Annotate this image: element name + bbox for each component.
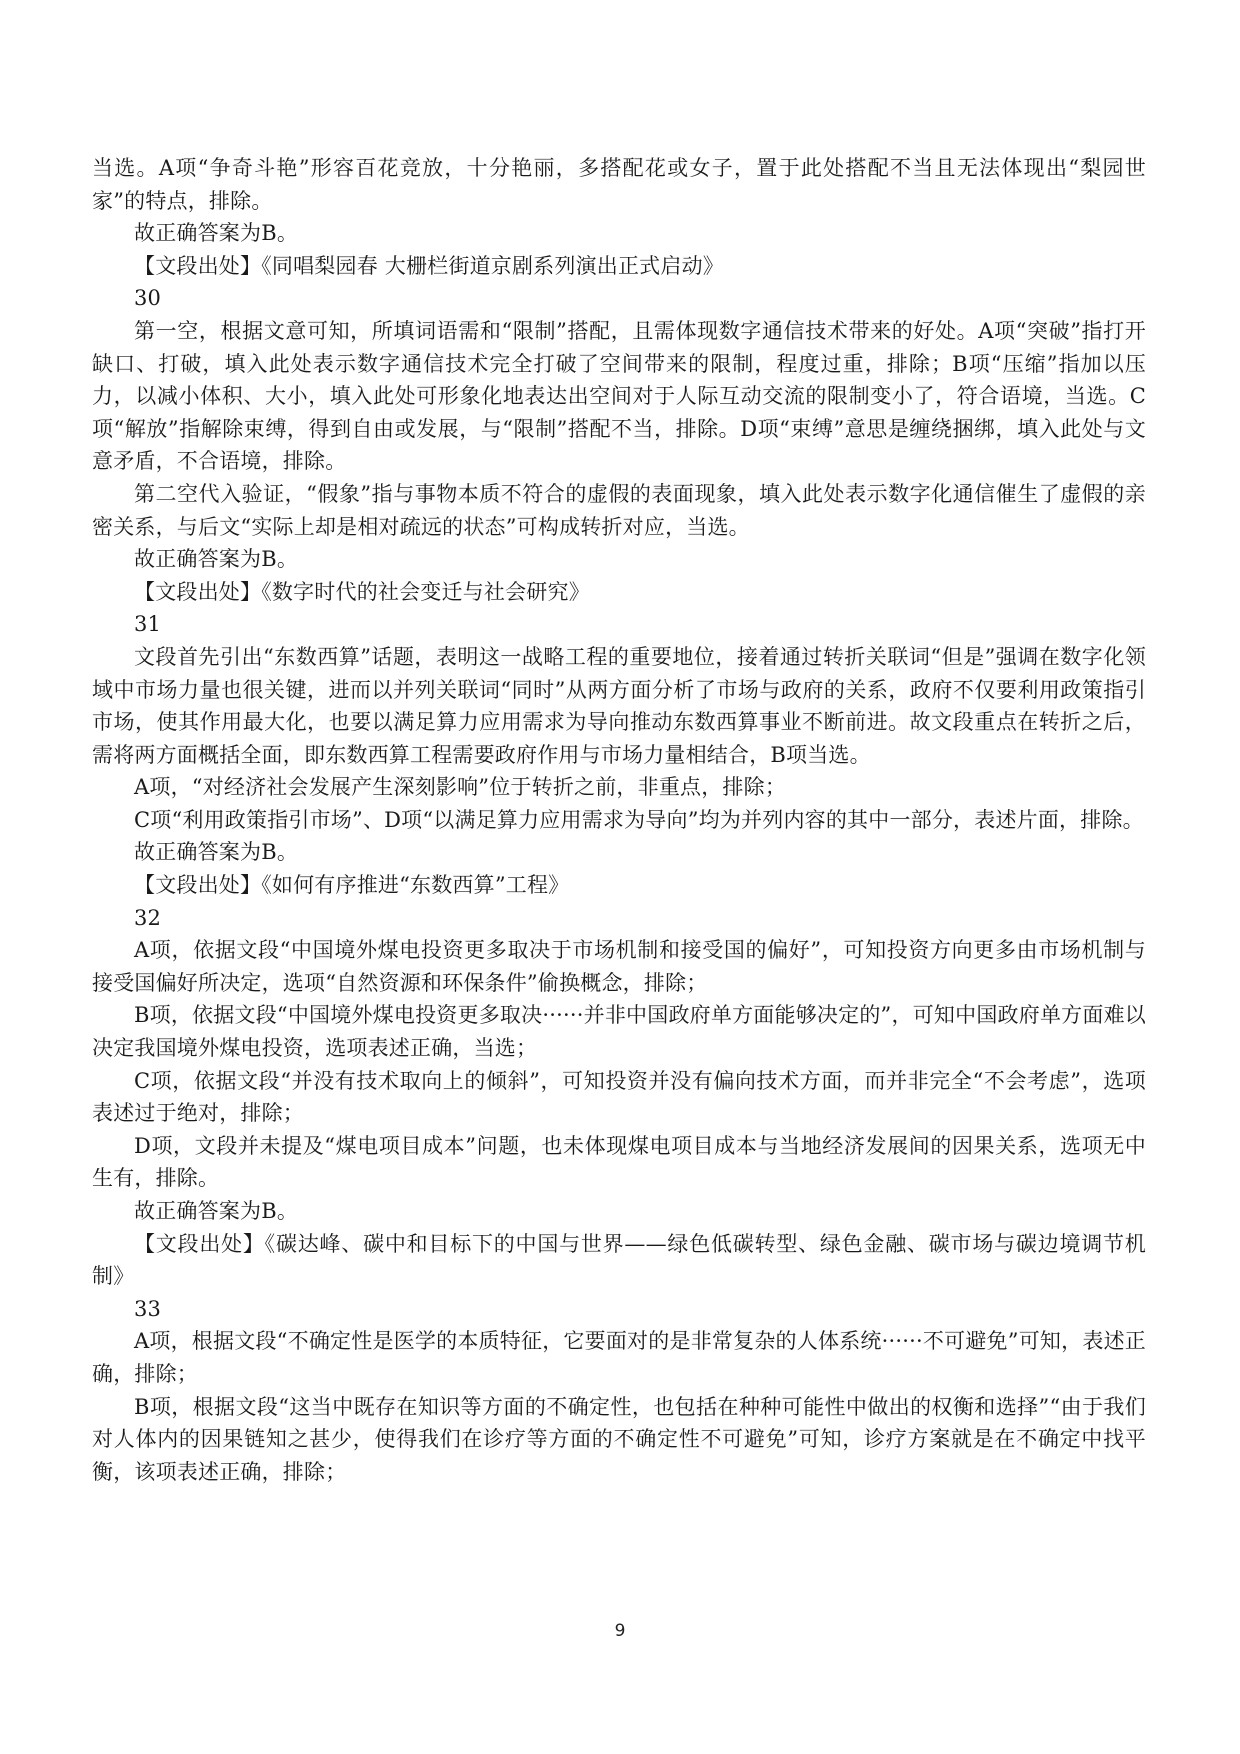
question-number: 32: [92, 902, 1146, 935]
paragraph: 文段首先引出“东数西算”话题，表明这一战略工程的重要地位，接着通过转折关联词“但…: [92, 641, 1146, 771]
paragraph: A项，“对经济社会发展产生深刻影响”位于转折之前，非重点，排除；: [92, 771, 1146, 804]
document-body: 当选。A项“争奇斗艳”形容百花竞放，十分艳丽，多搭配花或女子，置于此处搭配不当且…: [92, 152, 1146, 1488]
paragraph: 第一空，根据文意可知，所填词语需和“限制”搭配，且需体现数字通信技术带来的好处。…: [92, 315, 1146, 478]
question-number: 33: [92, 1293, 1146, 1326]
source-line: 【文段出处】《如何有序推进“东数西算”工程》: [92, 869, 1146, 902]
paragraph: 第二空代入验证，“假象”指与事物本质不符合的虚假的表面现象，填入此处表示数字化通…: [92, 478, 1146, 543]
page-number: 9: [0, 1621, 1240, 1641]
answer-line: 故正确答案为B。: [92, 1195, 1146, 1228]
paragraph: 当选。A项“争奇斗艳”形容百花竞放，十分艳丽，多搭配花或女子，置于此处搭配不当且…: [92, 152, 1146, 217]
source-line: 【文段出处】《数字时代的社会变迁与社会研究》: [92, 576, 1146, 609]
paragraph: D项，文段并未提及“煤电项目成本”问题，也未体现煤电项目成本与当地经济发展间的因…: [92, 1130, 1146, 1195]
question-number: 30: [92, 282, 1146, 315]
paragraph: B项，依据文段“中国境外煤电投资更多取决······并非中国政府单方面能够决定的…: [92, 999, 1146, 1064]
answer-line: 故正确答案为B。: [92, 543, 1146, 576]
source-line: 【文段出处】《碳达峰、碳中和目标下的中国与世界——绿色低碳转型、绿色金融、碳市场…: [92, 1228, 1146, 1293]
paragraph: A项，根据文段“不确定性是医学的本质特征，它要面对的是非常复杂的人体系统····…: [92, 1325, 1146, 1390]
answer-line: 故正确答案为B。: [92, 836, 1146, 869]
document-page: 当选。A项“争奇斗艳”形容百花竞放，十分艳丽，多搭配花或女子，置于此处搭配不当且…: [0, 0, 1240, 1754]
answer-line: 故正确答案为B。: [92, 217, 1146, 250]
paragraph: B项，根据文段“这当中既存在知识等方面的不确定性，也包括在种种可能性中做出的权衡…: [92, 1391, 1146, 1489]
paragraph: C项，依据文段“并没有技术取向上的倾斜”，可知投资并没有偏向技术方面，而并非完全…: [92, 1065, 1146, 1130]
paragraph: C项“利用政策指引市场”、D项“以满足算力应用需求为导向”均为并列内容的其中一部…: [92, 804, 1146, 837]
paragraph: A项，依据文段“中国境外煤电投资更多取决于市场机制和接受国的偏好”，可知投资方向…: [92, 934, 1146, 999]
source-line: 【文段出处】《同唱梨园春 大栅栏街道京剧系列演出正式启动》: [92, 250, 1146, 283]
question-number: 31: [92, 608, 1146, 641]
